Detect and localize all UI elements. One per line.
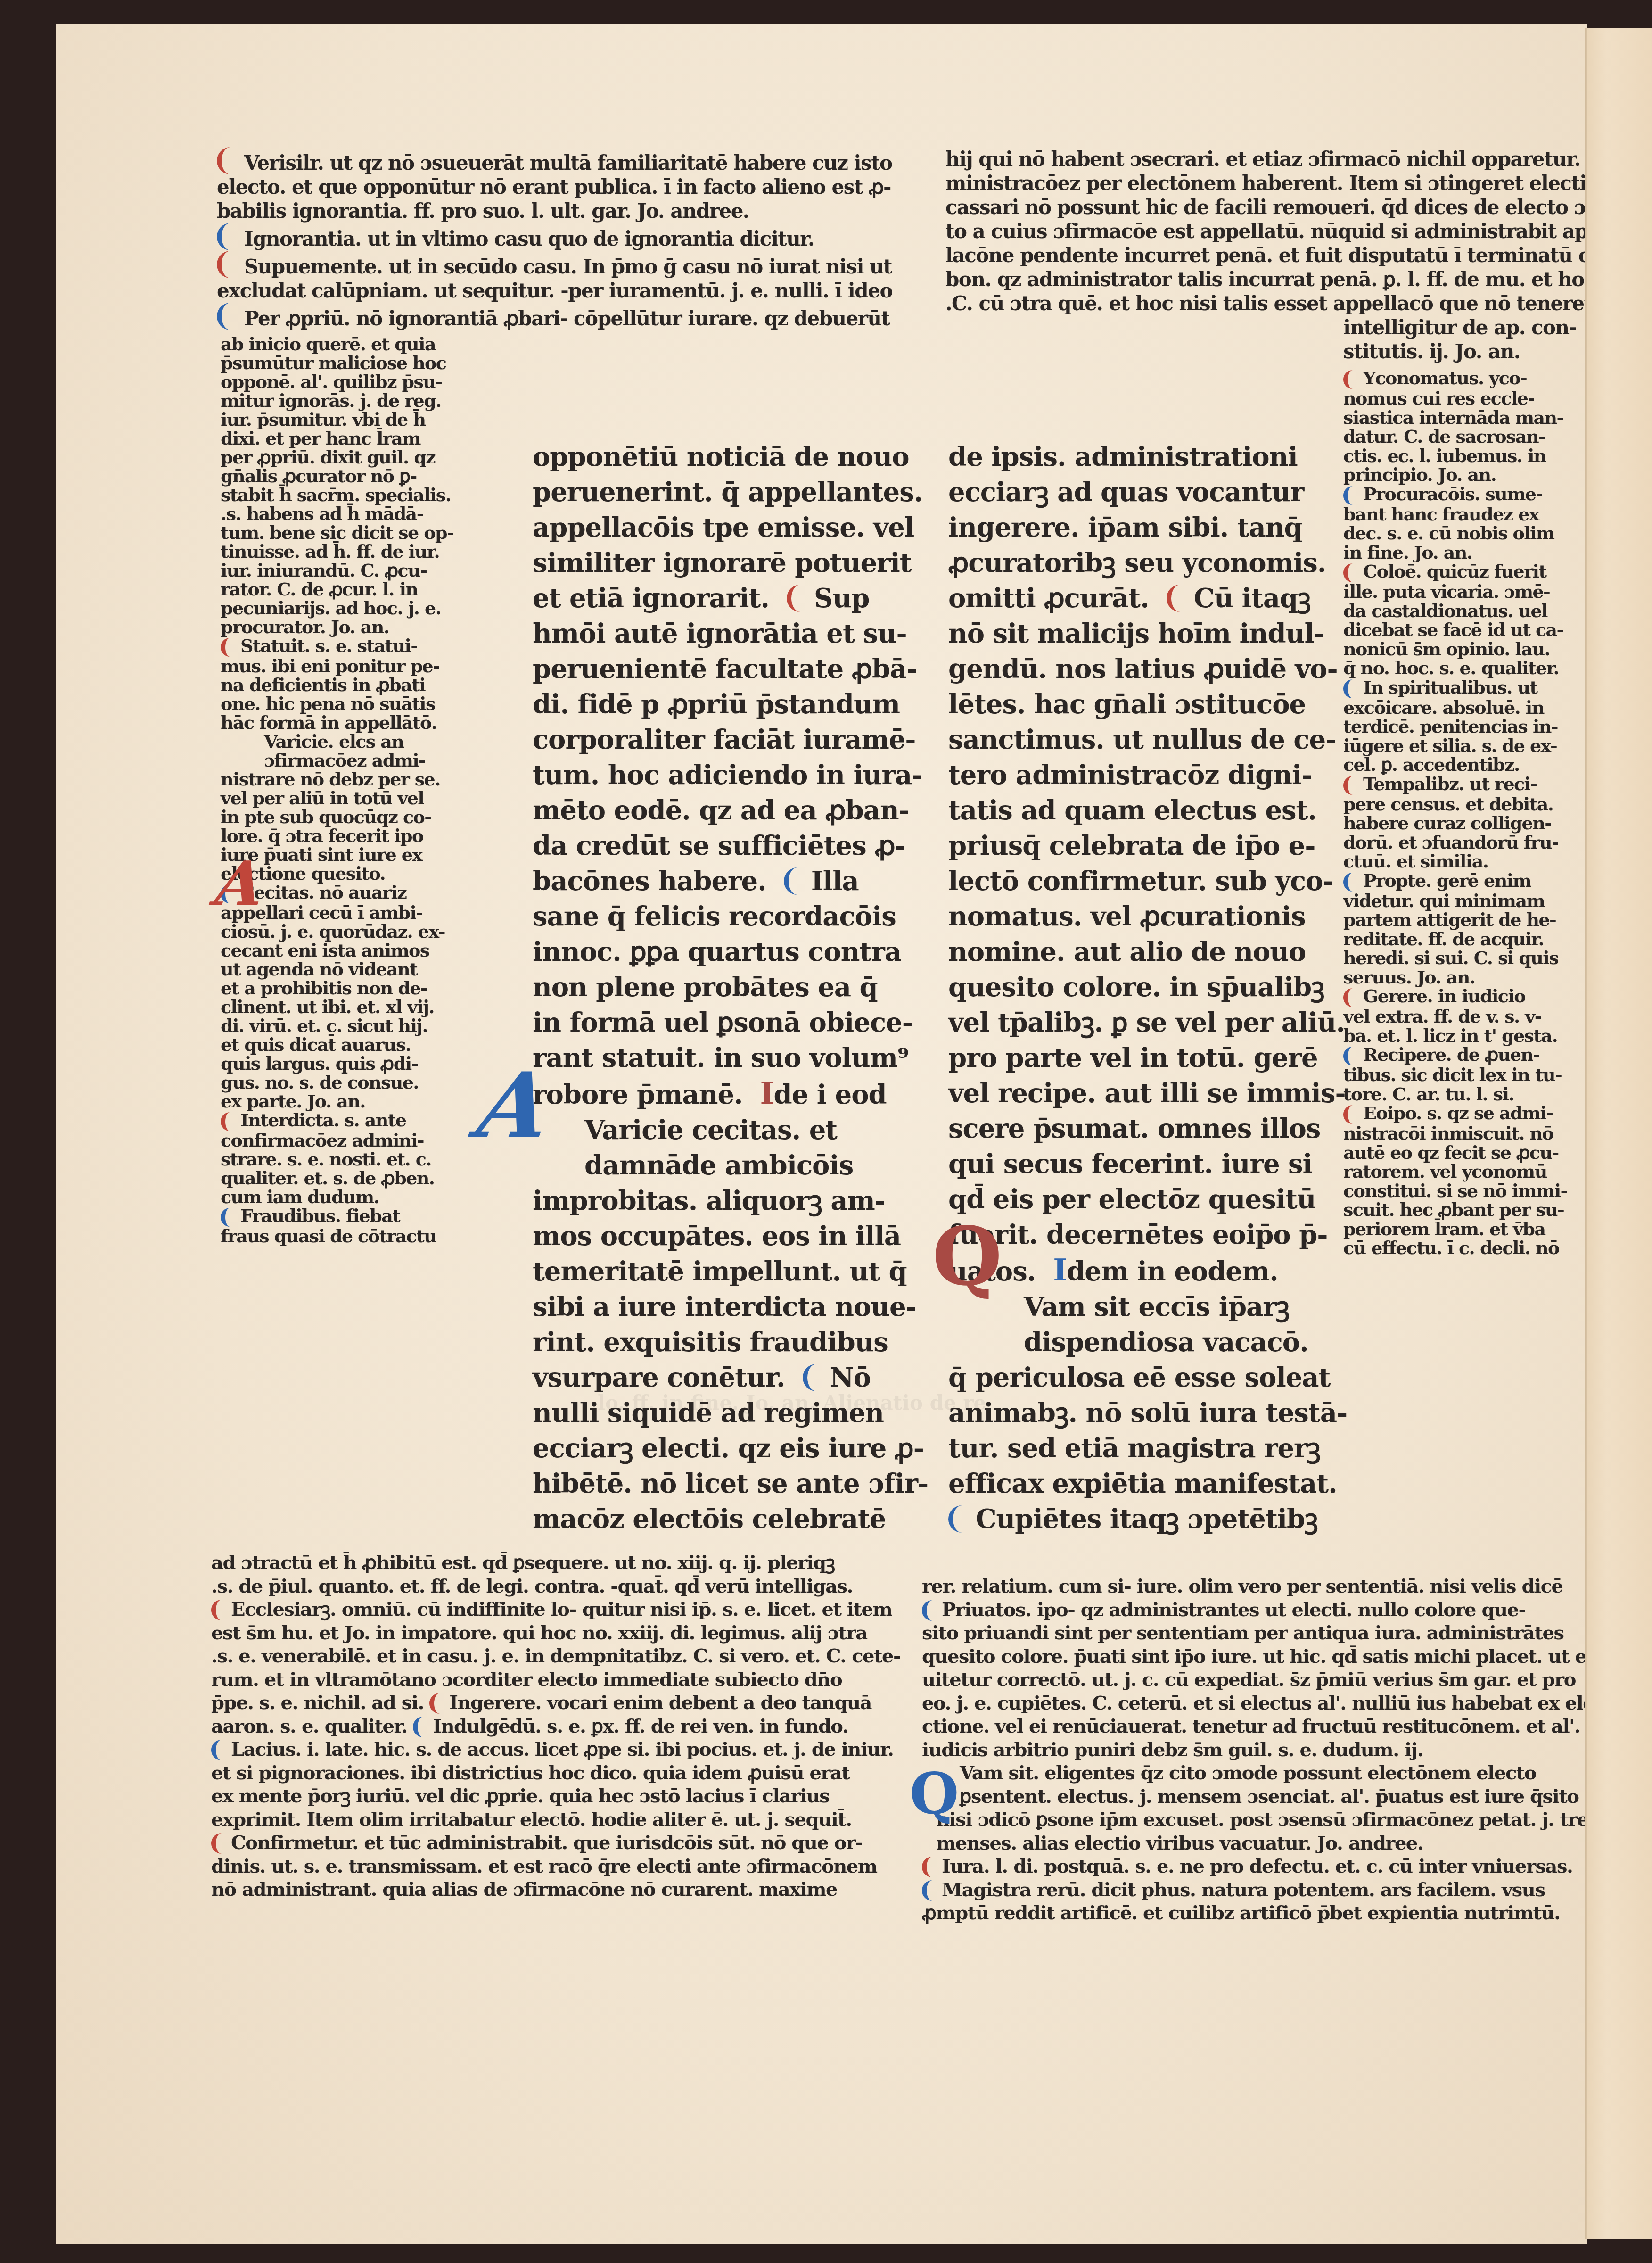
- gloss-line: siastica internāda man-: [1343, 408, 1588, 428]
- gloss-line: nisi ɔdicō ꝑsone ip̄m excuset. post ɔsen…: [922, 1808, 1601, 1832]
- paragraph-mark-icon: [1343, 679, 1358, 698]
- paragraph-mark-icon: [221, 638, 236, 657]
- gloss-line: Confirmetur. et tūc administrabit. que i…: [231, 1832, 863, 1854]
- text-line: Illa: [811, 866, 859, 897]
- gloss-line: strare. s. e. nosti. et. c.: [221, 1150, 423, 1169]
- text-line: sanctimus. ut nullus de ce-: [948, 722, 1288, 758]
- gloss-line: dec. s. e. cū nobis olim: [1343, 524, 1588, 543]
- text-line: efficax expiētia manifestat.: [948, 1466, 1288, 1502]
- gloss-line: eo. j. e. cupiētes. C. ceterū. et si ele…: [922, 1692, 1601, 1715]
- text-line: Varicie cecitas. et: [533, 1113, 872, 1148]
- text-line: peruenientē facultate ꝓbā-: [533, 652, 872, 687]
- gloss-line: bon. qz administrator talis incurrat pen…: [945, 267, 1624, 291]
- gloss-line: to a cuius ɔfirmacōe est appellatū. nūqu…: [945, 219, 1624, 243]
- gloss-line: lacōne pendente incurret penā. et fuit d…: [945, 243, 1624, 267]
- gloss-line: clinent. ut ibi. et. xl vij.: [221, 998, 423, 1016]
- text-line: tatis ad quam electus est.: [948, 793, 1288, 828]
- gloss-line: da castaldionatus. uel: [1343, 602, 1588, 621]
- gloss-line: Ignorantia. ut in vltimo casu quo de ign…: [244, 227, 814, 250]
- gloss-line: menses. alias electio viribus vacuatur. …: [922, 1832, 1601, 1855]
- initial-i-blue: I: [1053, 1253, 1067, 1288]
- paragraph-mark-icon: [1343, 370, 1358, 389]
- gloss-line: seruus. Jo. an.: [1343, 968, 1588, 987]
- text-line: da credūt se sufficiētes ꝓ-: [533, 828, 872, 864]
- gloss-line: ctis. ec. l. iubemus. in: [1343, 446, 1588, 466]
- gloss-line: Propte. gerē enim: [1363, 870, 1531, 891]
- gloss-line: aaron. s. e. qualiter.: [211, 1715, 407, 1737]
- gloss-line: ciosū. j. e. quorūdaz. ex-: [221, 922, 423, 941]
- text-line: vel recipe. aut illi se immis-: [948, 1076, 1288, 1111]
- text-line: et etiā ignorarit.: [533, 583, 769, 614]
- gloss-line: mus. ibi eni ponitur pe-: [221, 657, 423, 676]
- text-line: improbitas. aliquorꝫ am-: [533, 1183, 872, 1219]
- gloss-line: ministracōez per electōnem haberent. Ite…: [945, 171, 1624, 195]
- paragraph-mark-icon: [922, 1600, 937, 1621]
- paragraph-mark-icon: [217, 223, 236, 250]
- gloss-bottom-right: rer. relatium. cum si- iure. olim vero p…: [922, 1575, 1601, 1925]
- paragraph-mark-icon: [787, 585, 805, 612]
- paragraph-mark-icon: [211, 1600, 226, 1620]
- gloss-line: ɔfirmacōez admi-: [221, 751, 423, 770]
- main-text-column-1: opponētiū noticiā de nouo peruenerint. q…: [533, 439, 872, 1537]
- text-line: nomatus. vel ꝓcurationis: [948, 899, 1288, 934]
- text-line: lectō confirmetur. sub yco-: [948, 864, 1288, 899]
- gloss-line: Per ꝓpriū. nō ignorantiā ꝓbari- cōpellūt…: [244, 307, 889, 330]
- gloss-line: ab inicio querē. et quia: [221, 335, 423, 354]
- initial-q-blue: Q: [910, 1766, 959, 1822]
- gloss-line: et a prohibitis non de-: [221, 979, 423, 998]
- text-line: q̄ periculosa eē esse soleat: [948, 1360, 1288, 1396]
- paragraph-mark-icon: [221, 1112, 236, 1131]
- paragraph-mark-icon: [1343, 486, 1358, 505]
- gloss-line: Vam sit. eligentes q̄z cito ɔmode possun…: [922, 1761, 1601, 1785]
- gloss-line: sito priuandi sint per sententiam per an…: [922, 1621, 1601, 1645]
- paragraph-mark-icon: [784, 867, 803, 895]
- text-line: sibi a iure interdicta noue-: [533, 1289, 872, 1325]
- gloss-line: tinuisse. ad h̄. ff. de iur.: [221, 542, 423, 561]
- text-line: lētes. hac gn̄ali ɔstitucōe: [948, 687, 1288, 722]
- gloss-line: iur. p̄sumitur. vbi de h̄: [221, 410, 423, 429]
- gloss-line: Fraudibus. fiebat: [240, 1205, 400, 1226]
- text-line: vsurpare conētur.: [533, 1362, 785, 1393]
- gloss-line: autē eo qz fecit se ꝓcu-: [1343, 1143, 1588, 1163]
- gloss-line: constitui. si se nō immi-: [1343, 1181, 1588, 1201]
- gloss-line: ba. et. l. licz in t' gesta.: [1343, 1026, 1588, 1046]
- gloss-line: cassari nō possunt hic de facili remouer…: [945, 195, 1624, 219]
- text-line: sane q̄ felicis recordacōis: [533, 899, 872, 934]
- paragraph-mark-icon: [922, 1857, 937, 1877]
- gloss-line: ad ɔtractū et h̄ ꝓhibitū est. qd̄ ꝑseque…: [211, 1551, 899, 1575]
- gloss-line: exprimit. Item olim irritabatur electō. …: [211, 1808, 899, 1832]
- gloss-line: p̄pe. s. e. nichil. ad si.: [211, 1692, 424, 1714]
- text-line: de i eod: [773, 1079, 886, 1110]
- gloss-line: Varicie. elcs an: [221, 732, 423, 751]
- gloss-line: in fine. Jo. an.: [1343, 543, 1588, 562]
- gloss-line: .C. cū ɔtra quē. et hoc nisi talis esset…: [945, 291, 1624, 315]
- gloss-line: principio. Jo. an.: [1343, 465, 1588, 485]
- initial-q-red: Q: [932, 1216, 1002, 1297]
- manuscript-page: lo. ff. in fine. Jo. an. Alienatio de re…: [56, 24, 1587, 2244]
- gloss-line: cū effectu. ī c. decli. nō: [1343, 1239, 1588, 1258]
- paragraph-mark-icon: [429, 1693, 444, 1714]
- gloss-line: Interdicta. s. ante: [240, 1109, 406, 1131]
- paragraph-mark-icon: [922, 1880, 937, 1901]
- gloss-line: ctuū. et similia.: [1343, 852, 1588, 871]
- text-line: hmōi autē ignorātia et su-: [533, 616, 872, 652]
- gloss-line: cel. ꝑ. accedentibz.: [1343, 755, 1588, 775]
- gloss-line: Indulgēdū. s. e. ꝑx. ff. de rei ven. in …: [433, 1715, 848, 1737]
- text-line: priusq̄ celebrata de ip̄o e-: [948, 828, 1288, 864]
- gloss-line: na deficientis in ꝓbati: [221, 676, 423, 694]
- gloss-line: cecant eni ista animos: [221, 941, 423, 960]
- gloss-line: ut agenda nō videant: [221, 960, 423, 979]
- text-line: bacōnes habere.: [533, 866, 766, 897]
- text-line: nō sit malicijs hoīm indul-: [948, 616, 1288, 652]
- gloss-line: Recipere. de ꝓuen-: [1363, 1044, 1540, 1065]
- text-line: ꝓcuratoribꝫ seu yconomis.: [948, 545, 1288, 581]
- text-line: similiter ignorarē potuerit: [533, 545, 872, 581]
- text-line: nomine. aut alio de nouo: [948, 934, 1288, 970]
- gloss-line: di. virū. et. c. sicut hij.: [221, 1016, 423, 1035]
- text-line: ingerere. ip̄am sibi. tanq̄: [948, 510, 1288, 545]
- text-line: temeritatē impellunt. ut q̄: [533, 1254, 872, 1289]
- gloss-line: iūgere et silia. s. de ex-: [1343, 736, 1588, 756]
- gloss-line: tibus. sic dicit lex in tu-: [1343, 1065, 1588, 1085]
- gloss-line: ex mente p̄orꝫ iuriū. vel dic ꝓprie. qui…: [211, 1784, 899, 1808]
- text-line: gendū. nos latius ꝓuidē vo-: [948, 652, 1288, 687]
- paragraph-mark-icon: [1343, 1105, 1358, 1124]
- gloss-line: qualiter. et. s. de ꝓben.: [221, 1169, 423, 1188]
- text-line: mos occupātes. eos in illā: [533, 1219, 872, 1254]
- gloss-line: et si pignoraciones. ibi districtius hoc…: [211, 1761, 899, 1785]
- text-line: macōz electōis celebratē: [533, 1502, 872, 1537]
- gloss-line: uitetur correctō. ut. j. c. cū expediat.…: [922, 1668, 1601, 1692]
- gloss-line: ꝑsentent. electus. j. mensem ɔsenciat. a…: [922, 1785, 1601, 1809]
- gloss-line: iudicis arbitrio puniri debz s̄m guil. s…: [922, 1738, 1601, 1762]
- gloss-line: dinis. ut. s. e. transmissam. et est rac…: [211, 1855, 899, 1878]
- gloss-line: Ingerere. vocari enim debent a deo tanqu…: [449, 1692, 871, 1714]
- gloss-line: tum. bene sic dicit se op-: [221, 523, 423, 542]
- gloss-line: habere curaz colligen-: [1343, 814, 1588, 833]
- initial-i-red: I: [760, 1076, 774, 1111]
- gloss-line: pere census. et debita.: [1343, 795, 1588, 814]
- paragraph-mark-icon: [1343, 1047, 1358, 1065]
- gloss-right-column: Yconomatus. yco- nomus cui res eccle- si…: [1343, 369, 1588, 1258]
- gloss-line: confirmacōez admini-: [221, 1131, 423, 1150]
- gloss-line: nonicū s̄m opinio. lau.: [1343, 640, 1588, 659]
- text-line: dispendiosa vacacō.: [948, 1325, 1288, 1360]
- paragraph-mark-icon: [948, 1505, 967, 1533]
- paragraph-mark-icon: [1167, 585, 1185, 612]
- paragraph-mark-icon: [1343, 776, 1358, 795]
- text-line: damnāde ambicōis: [533, 1148, 872, 1183]
- gloss-line: pecuniarijs. ad hoc. j. e.: [221, 599, 423, 618]
- text-line: tur. sed etiā magistra rerꝫ: [948, 1431, 1288, 1466]
- gloss-line: est s̄m hu. et Jo. in impatore. qui hoc …: [211, 1621, 899, 1645]
- paragraph-mark-icon: [217, 251, 236, 278]
- gloss-line: Tempalibz. ut reci-: [1363, 773, 1537, 794]
- gloss-line: rer. relatium. cum si- iure. olim vero p…: [922, 1575, 1601, 1598]
- gloss-line: datur. C. de sacrosan-: [1343, 427, 1588, 446]
- gloss-line: excludat calūpniam. ut sequitur. -per iu…: [217, 279, 905, 303]
- text-line: nulli siquidē ad regimen: [533, 1396, 872, 1431]
- text-line: ecciarꝫ ad quas vocantur: [948, 475, 1288, 510]
- gloss-line: cum iam dudum.: [221, 1188, 423, 1206]
- text-line: pro parte vel in totū. gerē: [948, 1041, 1288, 1076]
- text-line: Cū itaqꝫ: [1194, 583, 1311, 614]
- gloss-line: partem attigerit de he-: [1343, 910, 1588, 930]
- paragraph-mark-icon: [211, 1740, 226, 1760]
- paragraph-mark-icon: [1343, 563, 1358, 582]
- gloss-line: Statuit. s. e. statui-: [240, 635, 418, 656]
- gloss-line: p̄sumūtur maliciose hoc: [221, 354, 423, 372]
- text-line: de ipsis. administrationi: [948, 439, 1288, 475]
- gloss-line: In spiritualibus. ut: [1363, 677, 1537, 698]
- text-line: in formā uel ꝑsonā obiece-: [533, 1005, 872, 1041]
- gloss-line: quesito colore. p̄uati sint ip̄o iure. u…: [922, 1645, 1601, 1668]
- gloss-line: Supuemente. ut in secūdo casu. In p̄mo ḡ…: [244, 255, 892, 278]
- text-line: peruenerint. q̄ appellantes.: [533, 475, 872, 510]
- main-text-column-2: de ipsis. administrationi ecciarꝫ ad qua…: [948, 439, 1288, 1537]
- gloss-line: rum. et in vltramōtano ɔcorditer electo …: [211, 1668, 899, 1692]
- gloss-bottom-left: ad ɔtractū et h̄ ꝓhibitū est. qd̄ ꝑseque…: [211, 1551, 899, 1901]
- gloss-line: ctione. vel ei renūciauerat. tenetur ad …: [922, 1715, 1601, 1738]
- paragraph-mark-icon: [217, 303, 236, 330]
- gloss-line: Yconomatus. yco-: [1363, 367, 1527, 388]
- gloss-line: one. hic pena nō suātis: [221, 694, 423, 713]
- gloss-line: Cecitas. nō auariz: [240, 882, 406, 903]
- gloss-line: nō administrant. quia alias de ɔfirmacōn…: [211, 1878, 899, 1901]
- text-line: opponētiū noticiā de nouo: [533, 439, 872, 475]
- gloss-top-right-tail: intelligitur de ap. con- stitutis. ij. J…: [1343, 315, 1626, 363]
- paragraph-mark-icon: [211, 1833, 226, 1854]
- gloss-line: Lacius. i. late. hic. s. de accus. licet…: [231, 1738, 894, 1760]
- gloss-line: nomus cui res eccle-: [1343, 389, 1588, 408]
- text-line: rint. exquisitis fraudibus: [533, 1325, 872, 1360]
- gloss-line: gn̄alis ꝓcurator nō ꝑ-: [221, 467, 423, 486]
- text-line: di. fidē p ꝓpriū p̄standum: [533, 687, 872, 722]
- gloss-line: Coloē. quicūz fuerit: [1363, 561, 1546, 582]
- gloss-line: ꝓmptū reddit artificē. et cuilibz artifi…: [922, 1901, 1601, 1925]
- text-line: qui secus fecerint. iure si: [948, 1147, 1288, 1182]
- gloss-line: vel per aliū in totū vel: [221, 789, 423, 808]
- gloss-line: videtur. qui minimam: [1343, 892, 1588, 911]
- gloss-line: .s. de p̄iul. quanto. et. ff. de legi. c…: [211, 1575, 899, 1598]
- gloss-line: et quis dicat̄ auarus.: [221, 1035, 423, 1054]
- text-line: scere p̄sumat. omnes illos: [948, 1111, 1288, 1147]
- text-line: corporaliter faciāt iuramē-: [533, 722, 872, 758]
- gloss-line: .s. e. venerabilē. et in casu. j. e. in …: [211, 1644, 899, 1668]
- text-line: non plene probātes ea q̄: [533, 970, 872, 1005]
- paragraph-mark-icon: [221, 1208, 236, 1227]
- gloss-line: heredi. si sui. C. si quis: [1343, 949, 1588, 968]
- gloss-line: in pte sub quocūqz co-: [221, 808, 423, 826]
- text-line: Sup: [814, 583, 869, 614]
- gloss-line: Procuracōis. sume-: [1363, 483, 1543, 504]
- gloss-line: per ꝓpriū. dixit guil. qz: [221, 448, 423, 467]
- gloss-line: opponē. al'. quilibz p̄su-: [221, 372, 423, 391]
- gloss-line: Gerere. in iudicio: [1363, 985, 1525, 1007]
- gloss-line: stabit h̄ sacr̄m. specialis.: [221, 486, 423, 504]
- gloss-line: babilis ignorantia. ff. pro suo. l. ult.…: [217, 199, 905, 223]
- gloss-line: intelligitur de ap. con-: [1343, 315, 1626, 339]
- text-line: hibētē. nō licet se ante ɔfir-: [533, 1466, 872, 1502]
- gloss-line: dixi. et per hanc l̄ram: [221, 429, 423, 448]
- gloss-line: quis largus. quis ꝓdi-: [221, 1054, 423, 1073]
- text-line: rant statuit. in suo volum⁹: [533, 1041, 872, 1076]
- gloss-line: dorū. et ɔfuandorū fru-: [1343, 833, 1588, 852]
- gloss-line: stitutis. ij. Jo. an.: [1343, 339, 1626, 363]
- text-line: ecciarꝫ electi. qz eis iure ꝓ-: [533, 1431, 872, 1466]
- gloss-line: ex parte. Jo. an.: [221, 1092, 423, 1111]
- gloss-line: lore. q̄ ɔtra fecerit ipo: [221, 826, 423, 845]
- text-line: Cupiētes itaqꝫ ɔpetētibꝫ: [976, 1503, 1318, 1535]
- gloss-line: periorem l̄ram. et v̄ba: [1343, 1220, 1588, 1239]
- text-line: omitti ꝓcurāt.: [948, 583, 1149, 614]
- gloss-line: tore. C. ar. tu. l. si.: [1343, 1085, 1588, 1104]
- gloss-line: electo. et que opponūtur nō erant public…: [217, 175, 905, 199]
- gloss-line: ille. puta vicaria. ɔmē-: [1343, 582, 1588, 602]
- text-line: innoc. ꝑꝑa quartus contra: [533, 934, 872, 970]
- gloss-line: dicebat se facē id ut ca-: [1343, 620, 1588, 640]
- gloss-line: reditate. ff. de acquir.: [1343, 930, 1588, 949]
- text-line: tum. hoc adiciendo in iura-: [533, 758, 872, 793]
- gloss-line: Iura. l. di. postquā. s. e. ne pro defec…: [942, 1855, 1572, 1877]
- text-line: vel tp̄alibꝫ. ꝑ se vel per aliū.: [948, 1005, 1288, 1041]
- gloss-line: scuit. hec ꝓbant per su-: [1343, 1200, 1588, 1220]
- gloss-line: rator. C. de ꝓcur. l. in: [221, 580, 423, 599]
- gloss-line: hāc formā in appellātō.: [221, 713, 423, 732]
- gloss-line: q̄ no. hoc. s. e. qualiter.: [1343, 659, 1588, 678]
- gloss-line: fraus quasi de cōtractu: [221, 1227, 423, 1246]
- text-line: robore p̄manē.: [533, 1079, 743, 1110]
- gloss-line: gus. no. s. de consue.: [221, 1073, 423, 1092]
- gloss-line: excōicare. absoluē. in: [1343, 698, 1588, 718]
- gloss-line: nistracōi inmiscuit. nō: [1343, 1124, 1588, 1143]
- paragraph-mark-icon: [1343, 988, 1358, 1007]
- gloss-top-right: hij qui nō habent ɔsecrari. et etiaz ɔfi…: [945, 147, 1624, 315]
- text-line: Nō: [830, 1362, 871, 1393]
- gloss-line: procurator. Jo. an.: [221, 618, 423, 636]
- text-line: dem in eodem.: [1067, 1256, 1278, 1287]
- text-line: animabꝫ. nō solū iura testā-: [948, 1396, 1288, 1431]
- gloss-left-column: ab inicio querē. et quia p̄sumūtur malic…: [221, 335, 423, 1246]
- text-line: appellacōis tpe emisse. vel: [533, 510, 872, 545]
- gloss-top-left: Verisilr. ut qz nō ɔsueuerāt multā famil…: [217, 147, 905, 330]
- paragraph-mark-icon: [803, 1364, 822, 1391]
- paragraph-mark-icon: [217, 147, 236, 174]
- text-line: tero administracōz digni-: [948, 758, 1288, 793]
- gloss-line: Ecclesiarꝫ. omniū. cū indiffinite lo- qu…: [231, 1598, 892, 1620]
- facing-page-edge: [1587, 28, 1652, 2239]
- gloss-line: ratorem. vel yconomū: [1343, 1162, 1588, 1181]
- text-line: quesito colore. in sp̄ualibꝫ: [948, 970, 1288, 1005]
- gloss-line: hij qui nō habent ɔsecrari. et etiaz ɔfi…: [945, 147, 1624, 171]
- gloss-line: vel extra. ff. de v. s. v-: [1343, 1007, 1588, 1026]
- gloss-line: Priuatos. ipo- qz administrantes ut elec…: [942, 1599, 1526, 1621]
- gloss-line: terdicē. penitencias in-: [1343, 717, 1588, 736]
- gloss-line: Verisilr. ut qz nō ɔsueuerāt multā famil…: [244, 151, 892, 174]
- gloss-line: iur. iniurandū. C. ꝓcu-: [221, 561, 423, 580]
- text-line: mēto eodē. qz ad ea ꝓban-: [533, 793, 872, 828]
- gloss-line: mitur ignorās. j. de reg.: [221, 391, 423, 410]
- gloss-line: nistrare nō debz per se.: [221, 770, 423, 789]
- paragraph-mark-icon: [413, 1717, 428, 1737]
- paragraph-mark-icon: [1343, 873, 1358, 892]
- gloss-line: bant hanc fraudez ex: [1343, 505, 1588, 524]
- gloss-line: Eoipo. s. qz se admi-: [1363, 1102, 1553, 1123]
- gloss-line: Magistra rerū. dicit phus. natura potent…: [942, 1879, 1545, 1901]
- gloss-line: .s. habens ad h̄ mādā-: [221, 504, 423, 523]
